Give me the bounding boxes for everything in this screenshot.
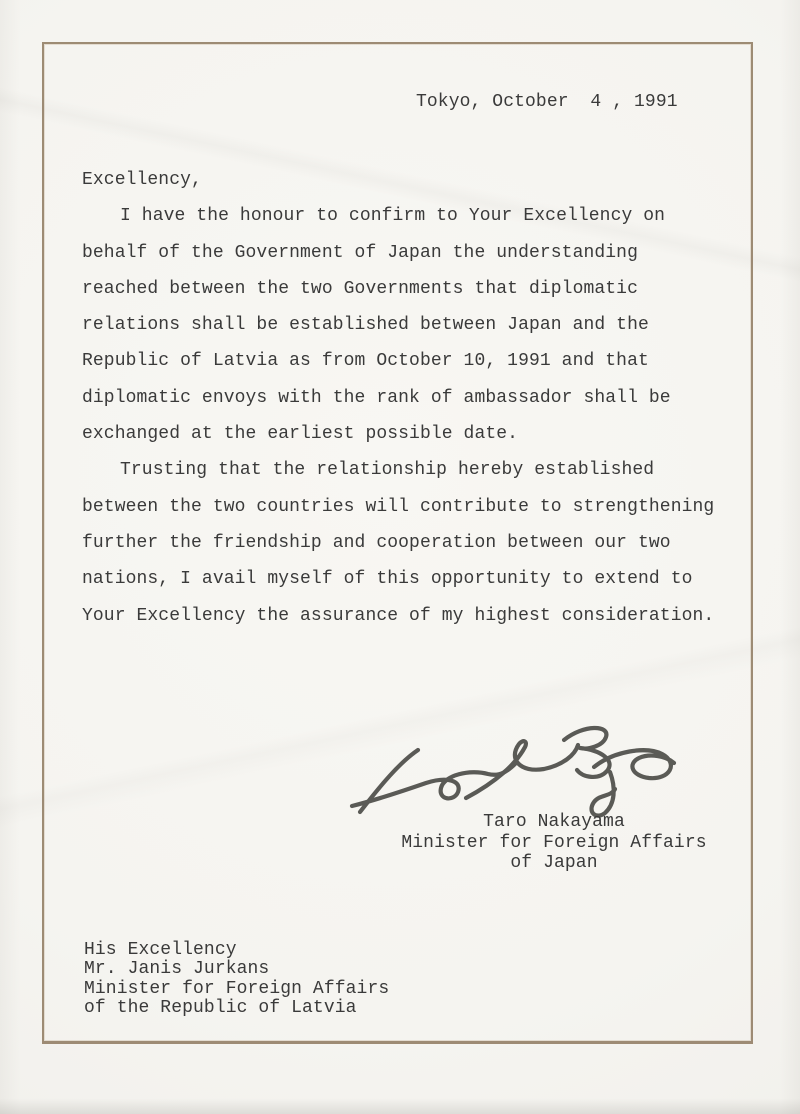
body-line: reached between the two Governments that… <box>82 271 732 307</box>
signer-org: of Japan <box>393 853 715 874</box>
recipient-line: Minister for Foreign Affairs <box>84 980 389 999</box>
signer-name: Taro Nakayama <box>393 812 715 833</box>
scanned-letter-page: Tokyo, October 4 , 1991 Excellency, I ha… <box>0 0 800 1114</box>
body-line: Trusting that the relationship hereby es… <box>82 452 732 488</box>
recipient-line: of the Republic of Latvia <box>84 999 389 1018</box>
body-line: Your Excellency the assurance of my high… <box>82 598 732 634</box>
salutation: Excellency, <box>82 162 732 198</box>
body-line: exchanged at the earliest possible date. <box>82 416 732 452</box>
body-line: Republic of Latvia as from October 10, 1… <box>82 343 732 379</box>
body-line: between the two countries will contribut… <box>82 489 732 525</box>
body-line: nations, I avail myself of this opportun… <box>82 561 732 597</box>
recipient-line: His Excellency <box>84 941 389 960</box>
body-line: I have the honour to confirm to Your Exc… <box>82 198 732 234</box>
signature-block: Taro Nakayama Minister for Foreign Affai… <box>393 812 715 874</box>
letter-body: Excellency, I have the honour to confirm… <box>82 162 732 634</box>
dateline: Tokyo, October 4 , 1991 <box>416 92 678 112</box>
body-line: further the friendship and cooperation b… <box>82 525 732 561</box>
signer-title: Minister for Foreign Affairs <box>393 833 715 854</box>
body-line: behalf of the Government of Japan the un… <box>82 235 732 271</box>
body-line: diplomatic envoys with the rank of ambas… <box>82 380 732 416</box>
recipient-block: His Excellency Mr. Janis Jurkans Ministe… <box>84 941 389 1018</box>
recipient-line: Mr. Janis Jurkans <box>84 960 389 979</box>
handwritten-signature-icon <box>348 720 696 822</box>
body-line: relations shall be established between J… <box>82 307 732 343</box>
